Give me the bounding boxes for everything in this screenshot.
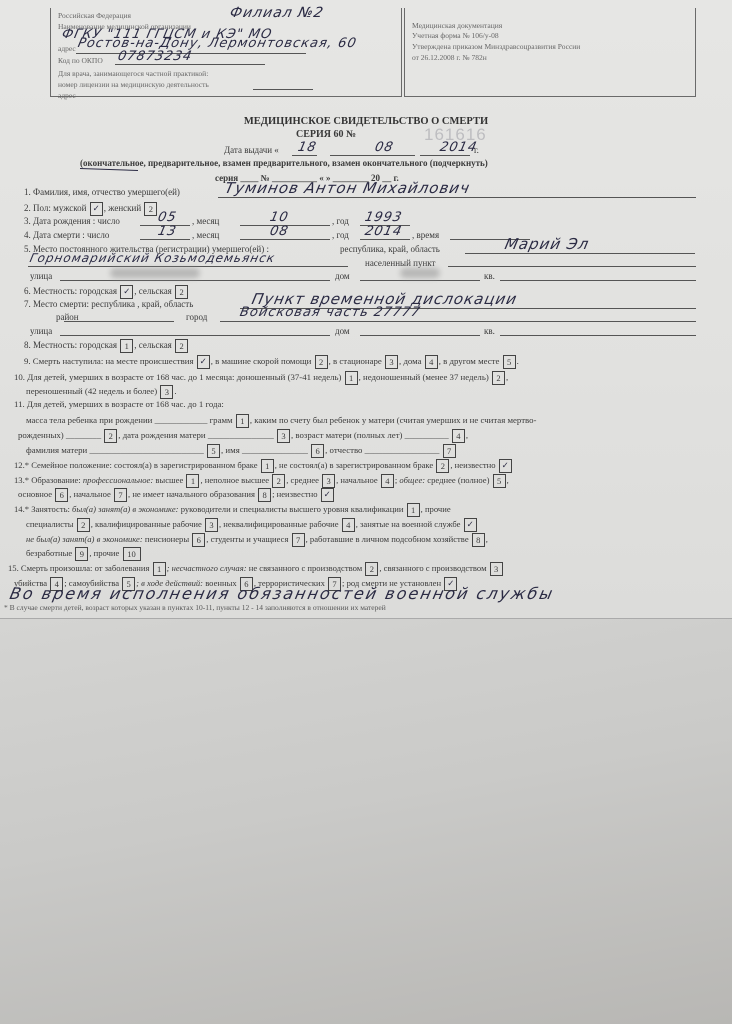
issue-day: 18 [297,141,318,154]
private-address-label: адрес [58,92,76,100]
fullterm-checkbox[interactable]: 1 [345,371,358,385]
field14-employment: 14.* Занятость: был(а) занят(а) в эконом… [14,503,451,517]
form-info-line2: Учетная форма № 106/у-08 [412,32,499,40]
edu-higher-checkbox[interactable]: 1 [186,474,199,488]
field10-postterm: переношенный (42 недель и более) 3. [26,385,177,399]
death-locality-urban-checkbox[interactable]: 1 [120,339,133,353]
field9-place: 9. Смерть наступила: на месте происшеств… [24,355,519,369]
place-ambulance-checkbox[interactable]: 2 [315,355,328,369]
okpo-value: 07873234 [117,50,194,63]
residence-region: Марий Эл [503,237,590,252]
edu-primary-checkbox[interactable]: 4 [381,474,394,488]
field14-row4: безработные 9, прочие 10 [26,547,142,561]
license-label: номер лицензии на медицинскую деятельнос… [58,81,209,89]
cause-handwritten-note: Во время исполнения обязанностей военной… [8,586,555,602]
death-locality-rural-checkbox[interactable]: 2 [175,339,188,353]
birth-year-label: , год [332,217,349,226]
edu-general-full-checkbox[interactable]: 5 [493,474,506,488]
underlying-blank-page [0,618,732,1024]
house-label-2: дом [335,327,350,336]
field14-row3: не был(а) занят(а) в экономике: пенсионе… [26,533,488,547]
field8-locality: 8. Местность: городская 1, сельская 2 [24,339,189,353]
field13-education: 13.* Образование: профессиональное: высш… [14,474,509,488]
form-info-line4: от 26.12.2008 г. № 782н [412,54,487,62]
house-label: дом [335,272,350,281]
married-checkbox[interactable]: 1 [261,459,274,473]
emp-other-checkbox[interactable]: 10 [123,547,141,561]
edu-none-checkbox[interactable]: 8 [258,488,271,502]
cause-disease-checkbox[interactable]: 1 [153,562,166,576]
apt-label-2: кв. [484,327,495,336]
field4-label: 4. Дата смерти : число [24,231,109,240]
issue-year-suffix: г. [474,146,479,155]
field11-label: 11. Для детей, умерших в возрасте от 168… [14,400,224,409]
field5-region-label: республика, край, область [340,245,440,254]
redacted-house [400,268,440,278]
issue-date-label: Дата выдачи « [224,146,279,155]
city-label: город [186,313,207,322]
mother-age-box[interactable]: 4 [452,429,465,443]
edu-secondary-checkbox[interactable]: 3 [322,474,335,488]
mother-patronymic-box[interactable]: 7 [443,444,456,458]
emp-household-checkbox[interactable]: 8 [472,533,485,547]
edu-basic-checkbox[interactable]: 6 [55,488,68,502]
emp-managers-checkbox[interactable]: 1 [407,503,420,517]
okpo-label: Код по ОКПО [58,57,103,65]
field11-row2: рожденных) ________ 2, дата рождения мат… [18,429,468,443]
emp-specialists-checkbox[interactable]: 2 [77,518,90,532]
locality-label: населенный пункт [365,259,435,268]
preterm-checkbox[interactable]: 2 [492,371,505,385]
cause-accident-work-checkbox[interactable]: 3 [490,562,503,576]
locality-urban-checkbox[interactable]: ✓ [120,285,133,299]
field14-row2: специалисты 2, квалифицированные рабочие… [26,518,478,532]
death-year-label: , год [332,231,349,240]
form-info-line3: Утверждена приказом Минздравсоцразвития … [412,43,580,51]
issue-month: 08 [374,141,395,154]
death-place-city: Войсковая часть 27777 [239,306,422,319]
field13-row2: основное 6, начальное 7, не имеет началь… [18,488,335,502]
place-hospital-checkbox[interactable]: 3 [385,355,398,369]
not-married-checkbox[interactable]: 2 [436,459,449,473]
edu-unknown-checkbox[interactable]: ✓ [321,488,334,502]
place-other-checkbox[interactable]: 5 [503,355,516,369]
field7-label: 7. Место смерти: республика , край, обла… [24,300,193,309]
residence-district: Горномарийский Козьмодемьянск [29,252,277,264]
emp-students-checkbox[interactable]: 7 [292,533,305,547]
apt-label: кв. [484,272,495,281]
mother-surname-box[interactable]: 5 [207,444,220,458]
field3-label: 3. Дата рождения : число [24,217,120,226]
country-label: Российская Федерация [58,12,131,20]
death-month-label: , месяц [192,231,219,240]
place-scene-checkbox[interactable]: ✓ [197,355,210,369]
status-options: (окончательное, предварительное, взамен … [80,159,488,168]
annotation-branch: Филиал №2 [229,6,326,20]
birth-order-box[interactable]: 2 [104,429,117,443]
private-practice-label: Для врача, занимающегося частной практик… [58,70,208,78]
birth-weight-box[interactable]: 1 [236,414,249,428]
mother-dob-box[interactable]: 3 [277,429,290,443]
birth-year: 1993 [364,211,404,224]
street-label-2: улица [30,327,52,336]
deceased-name: Туминов Антон Михайлович [223,181,471,196]
marital-unknown-checkbox[interactable]: ✓ [499,459,512,473]
edu-general-primary-checkbox[interactable]: 7 [114,488,127,502]
field10-newborn: 10. Для детей, умерших в возрасте от 168… [14,371,508,385]
field11-row1: масса тела ребенка при рождении ________… [26,414,536,428]
issue-year: 2014 [439,141,479,154]
gender-female-checkbox[interactable]: 2 [144,202,157,216]
birth-day: 05 [157,211,178,224]
field2-gender: 2. Пол: мужской ✓, женский 2 [24,202,158,216]
form-info-line1: Медицинская документация [412,22,502,30]
birth-month: 10 [269,211,290,224]
edu-incomplete-higher-checkbox[interactable]: 2 [272,474,285,488]
document-title: МЕДИЦИНСКОЕ СВИДЕТЕЛЬСТВО О СМЕРТИ [0,116,732,127]
emp-skilled-checkbox[interactable]: 3 [205,518,218,532]
gender-male-checkbox[interactable]: ✓ [90,202,103,216]
emp-unemployed-checkbox[interactable]: 9 [75,547,88,561]
footnote: * В случае смерти детей, возраст которых… [4,604,386,612]
emp-pensioners-checkbox[interactable]: 6 [192,533,205,547]
cause-accident-nonwork-checkbox[interactable]: 2 [365,562,378,576]
series-label: СЕРИЯ 60 № [296,130,356,140]
field6-locality: 6. Местность: городская ✓, сельская 2 [24,285,189,299]
death-time-label: , время [412,231,439,240]
death-month: 08 [269,225,290,238]
locality-rural-checkbox[interactable]: 2 [175,285,188,299]
field12-marital: 12.* Семейное положение: состоял(а) в за… [14,459,513,473]
redacted-street [110,268,200,278]
birth-month-label: , месяц [192,217,219,226]
postterm-checkbox[interactable]: 3 [160,385,173,399]
emp-unskilled-checkbox[interactable]: 4 [342,518,355,532]
place-home-checkbox[interactable]: 4 [425,355,438,369]
death-year: 2014 [364,225,404,238]
street-label: улица [30,272,52,281]
field11-row3: фамилия матери _________________________… [26,444,457,458]
field1-label: 1. Фамилия, имя, отчество умершего(ей) [24,188,180,197]
address-label: адрес [58,45,76,53]
death-day: 13 [157,225,178,238]
emp-military-checkbox[interactable]: ✓ [464,518,477,532]
mother-name-box[interactable]: 6 [311,444,324,458]
field15-cause-type: 15. Смерть произошла: от заболевания 1; … [8,562,504,576]
